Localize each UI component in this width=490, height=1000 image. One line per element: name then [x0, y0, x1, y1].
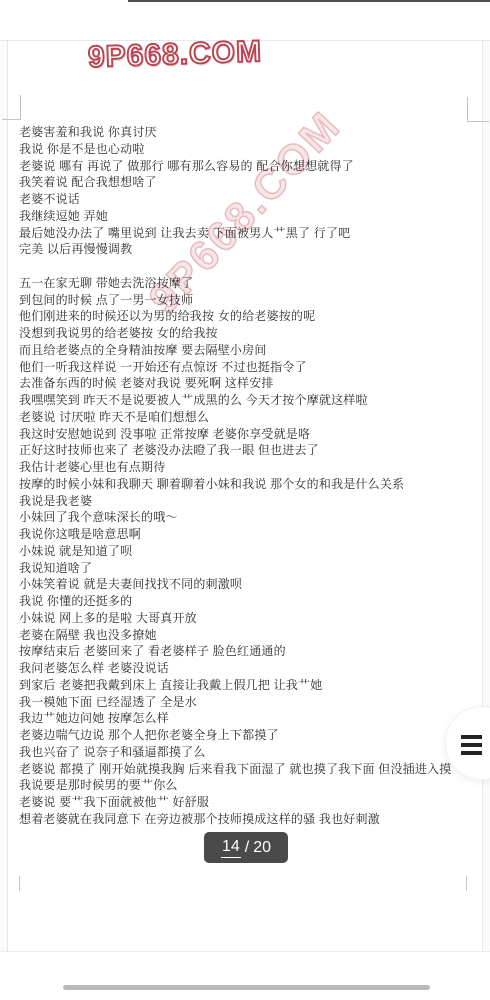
text-line: 按摩的时候小妹和我聊天 聊着聊着小妹和我说 那个女的和我是什么关系 [19, 476, 467, 493]
text-line: 而且给老婆点的全身精油按摩 要去隔壁小房间 [19, 342, 467, 359]
corner-mark-bottom-left [19, 876, 20, 891]
text-line: 老婆说 哪有 再说了 做那行 哪有那么容易的 配合你想想就得了 [19, 158, 467, 175]
text-line: 我说 你懂的还挺多的 [19, 593, 467, 610]
corner-mark-bottom-right [466, 876, 467, 891]
left-page-gutter [0, 41, 8, 951]
text-line: 正好这时技师也来了 老婆没办法瞪了我一眼 但也进去了 [19, 442, 467, 459]
text-line: 到家后 老婆把我戴到床上 直接让我戴上假几把 让我艹她 [19, 677, 467, 694]
text-line: 他们刚进来的时候还以为男的给我按 女的给老婆按的呢 [19, 308, 467, 325]
text-line: 老婆在隔壁 我也没多撩她 [19, 627, 467, 644]
text-line: 我一模她下面 已经湿透了 全是水 [19, 694, 467, 711]
text-line: 我说是我老婆 [19, 493, 467, 510]
right-page-gutter [482, 41, 490, 951]
text-line: 我继续逗她 弄她 [19, 208, 467, 225]
text-line: 老婆害羞和我说 你真讨厌 [19, 124, 467, 141]
text-line: 我嘿嘿笑到 昨天不是说要被人艹成黑的么 今天才按个摩就这样啦 [19, 392, 467, 409]
text-line: 老婆说 都摸了 刚开始就摸我胸 后来看我下面湿了 就也摸了我下面 但没插进入摸 [19, 761, 467, 778]
text-line: 小妹说 网上多的是啦 大哥真开放 [19, 610, 467, 627]
text-line: 最后她没办法了 嘴里说到 让我去卖 下面被男人艹黑了 行了吧 [19, 225, 467, 242]
text-line: 我边艹她边问她 按摩怎么样 [19, 710, 467, 727]
text-line: 去准备东西的时候 老婆对我说 要死啊 这样安排 [19, 375, 467, 392]
page-bottom-separator [0, 951, 490, 952]
page-separator: / [245, 839, 249, 857]
menu-icon[interactable] [461, 735, 482, 755]
text-line: 我说要是那时候男的要艹你么 [19, 777, 467, 794]
site-watermark: 9P668.COM [87, 35, 262, 75]
page-indicator[interactable]: 14 / 20 [204, 832, 288, 863]
text-line: 按摩结束后 老婆回来了 看老婆样子 脸色红通通的 [19, 643, 467, 660]
text-line: 我问老婆怎么样 老婆没说话 [19, 660, 467, 677]
story-text: 老婆害羞和我说 你真讨厌我说 你是不是也心动啦老婆说 哪有 再说了 做那行 哪有… [19, 124, 467, 828]
text-line: 我笑着说 配合我想想啥了 [19, 174, 467, 191]
text-line: 没想到我说男的给老婆按 女的给我按 [19, 325, 467, 342]
top-edge-sliver [128, 0, 490, 2]
text-line: 他们一听我这样说 一开始还有点惊讶 不过也挺指令了 [19, 359, 467, 376]
text-line: 老婆说 要艹我下面就被他艹 好舒服 [19, 794, 467, 811]
text-line: 我这时安慰她说到 没事啦 正常按摩 老婆你享受就是咯 [19, 426, 467, 443]
text-line: 老婆边喘气边说 那个人把你老婆全身上下都摸了 [19, 727, 467, 744]
text-line: 小妹回了我个意味深长的哦～ [19, 509, 467, 526]
text-line: 完美 以后再慢慢调教 [19, 241, 467, 258]
text-line: 我说 你是不是也心动啦 [19, 141, 467, 158]
corner-mark-top-right [467, 97, 489, 122]
reader-page[interactable]: 9P668.COM 9P668.COM 老婆害羞和我说 你真讨厌我说 你是不是也… [0, 0, 490, 1000]
text-line: 到包间的时候 点了一男一女技师 [19, 292, 467, 309]
text-line: 我估计老婆心里也有点期待 [19, 459, 467, 476]
text-line: 我说你这哦是啥意思啊 [19, 526, 467, 543]
text-line: 想着老婆就在我同意下 在旁边被那个技师摸成这样的骚 我也好刺激 [19, 811, 467, 828]
corner-mark-top-left [2, 95, 21, 120]
text-line: 五一在家无聊 带她去洗浴按摩了 [19, 275, 467, 292]
text-line [19, 258, 467, 275]
text-line: 小妹笑着说 就是夫妻间找找不同的刺激呗 [19, 576, 467, 593]
reading-progress-bar[interactable] [63, 985, 430, 990]
text-line: 我也兴奋了 说奈子和骚逼都摸了么 [19, 744, 467, 761]
text-line: 老婆说 讨厌啦 昨天不是咱们想想么 [19, 409, 467, 426]
text-line: 我说知道啥了 [19, 560, 467, 577]
text-line: 小妹说 就是知道了呗 [19, 543, 467, 560]
text-line: 老婆不说话 [19, 191, 467, 208]
page-total: 20 [253, 839, 271, 857]
page-current[interactable]: 14 [221, 838, 241, 858]
